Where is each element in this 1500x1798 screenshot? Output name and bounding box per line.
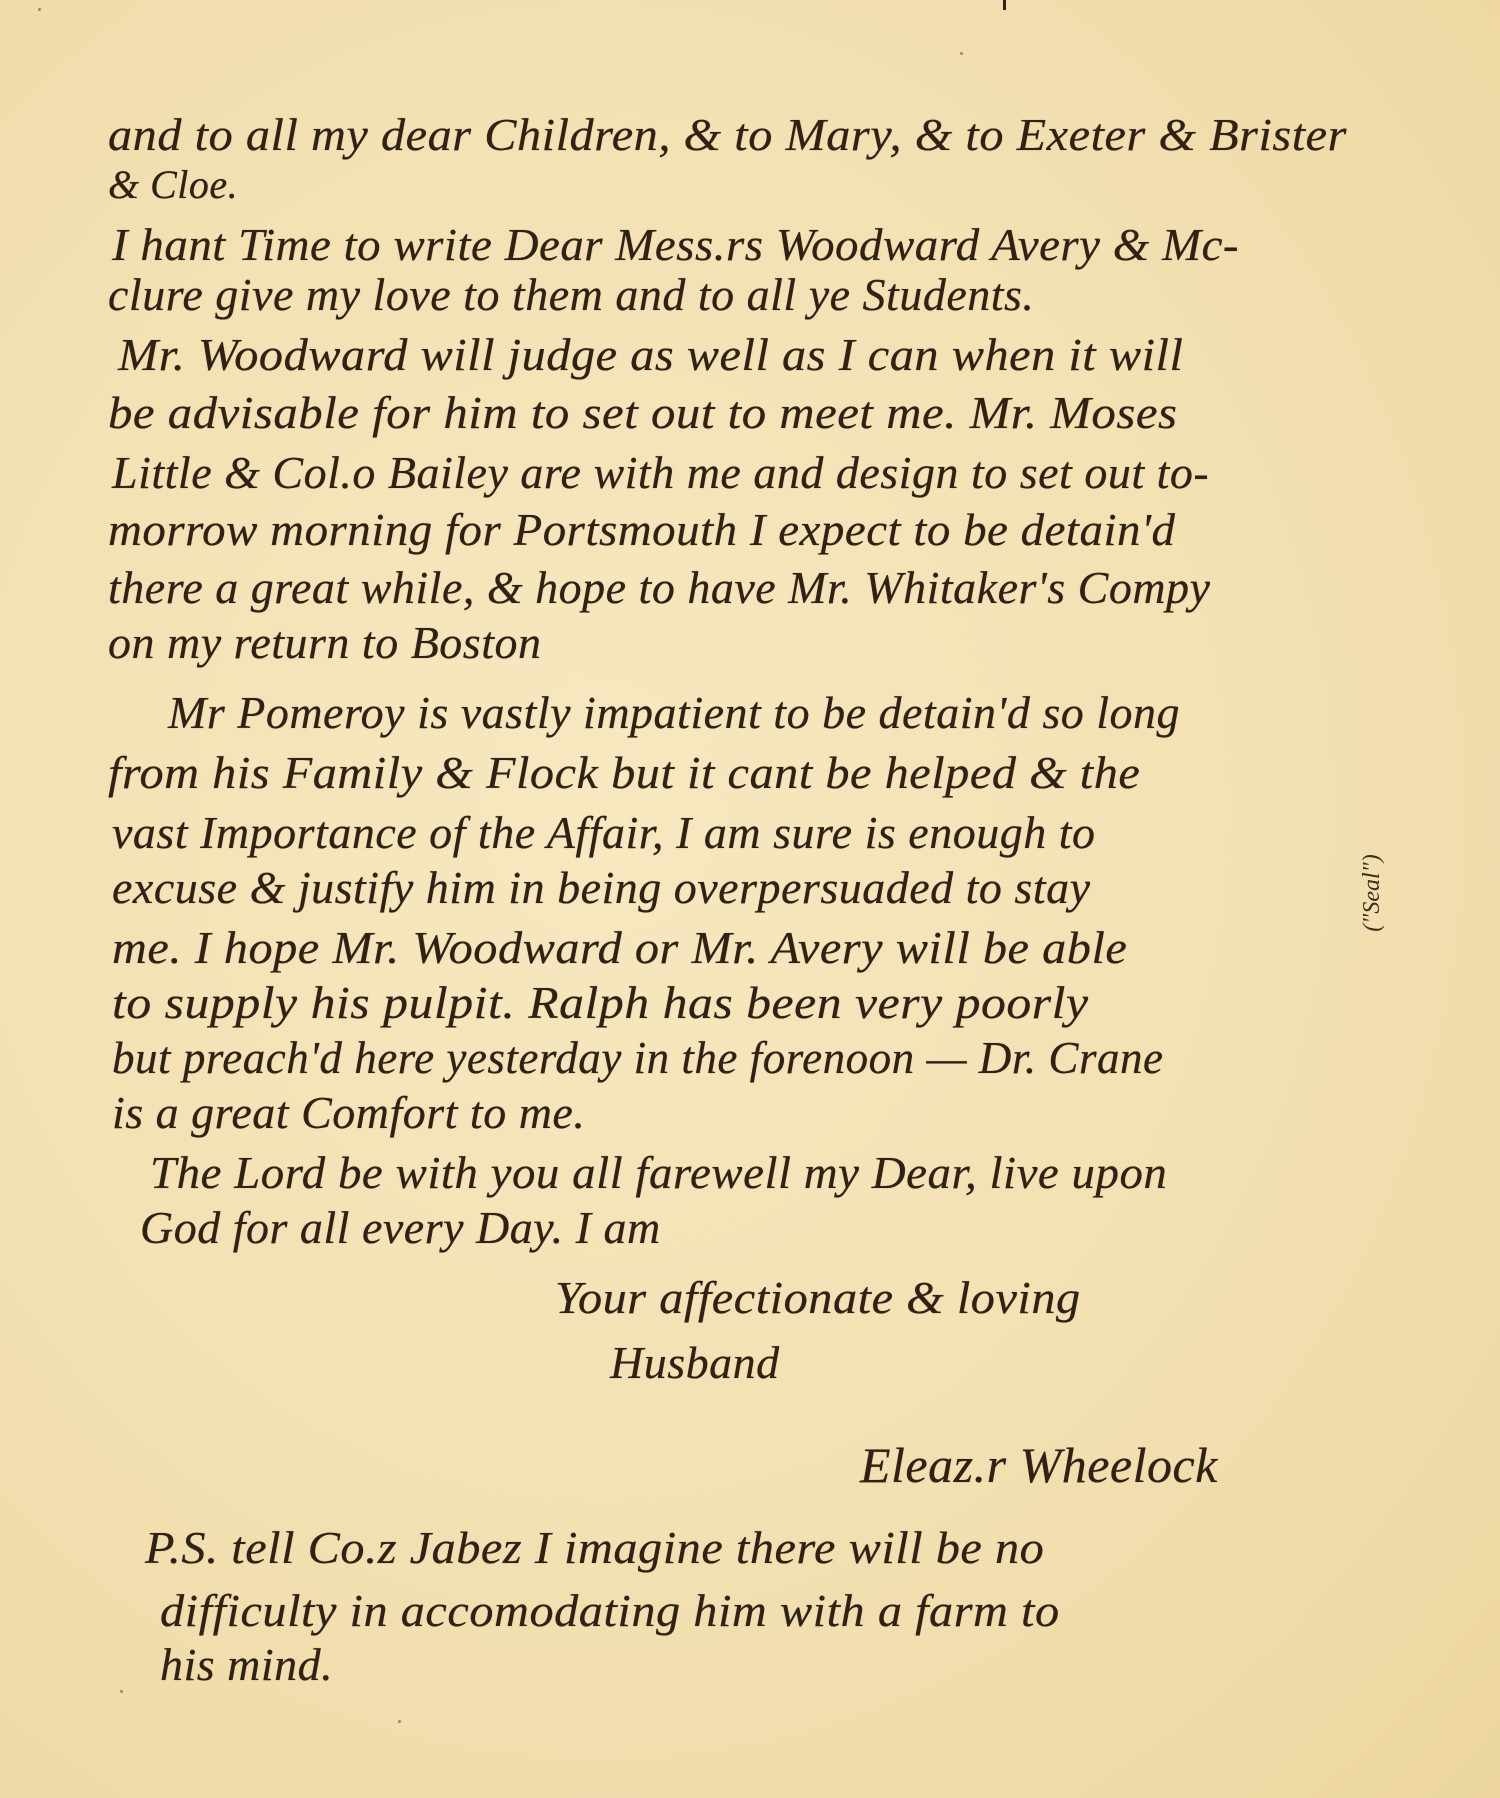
signature: Eleaz.r Wheelock (860, 1440, 1218, 1490)
letter-line: be advisable for him to set out to meet … (108, 390, 1178, 436)
letter-line: God for all every Day. I am (140, 1205, 661, 1251)
letter-line: to supply his pulpit. Ralph has been ver… (112, 980, 1089, 1026)
letter-line: on my return to Boston (108, 620, 542, 666)
letter-line: vast Importance of the Affair, I am sure… (112, 810, 1095, 856)
seal-margin-note: ("Seal") (1317, 863, 1427, 923)
letter-line: and to all my dear Children, & to Mary, … (108, 112, 1347, 158)
letter-line: & Cloe. (108, 165, 238, 205)
postscript-line: his mind. (160, 1642, 333, 1688)
letter-line: me. I hope Mr. Woodward or Mr. Avery wil… (112, 925, 1127, 971)
letter-line: from his Family & Flock but it cant be h… (108, 750, 1140, 796)
paper-speck (398, 1720, 401, 1723)
seal-label: ("Seal") (1359, 854, 1386, 931)
paper-speck (960, 52, 963, 55)
letter-line: clure give my love to them and to all ye… (108, 272, 1034, 318)
letter-line: morrow morning for Portsmouth I expect t… (108, 507, 1175, 553)
closing-husband: Husband (610, 1340, 780, 1386)
letter-line: I hant Time to write Dear Mess.rs Woodwa… (112, 222, 1239, 268)
page-edge-mark (1003, 0, 1006, 10)
paper-speck (120, 1690, 123, 1693)
letter-line: Mr Pomeroy is vastly impatient to be det… (168, 690, 1180, 736)
letter-page: and to all my dear Children, & to Mary, … (0, 0, 1500, 1798)
closing-salutation: Your affectionate & loving (555, 1275, 1081, 1321)
letter-line: excuse & justify him in being overpersua… (112, 865, 1091, 911)
letter-line: The Lord be with you all farewell my Dea… (150, 1150, 1167, 1196)
letter-line: Mr. Woodward will judge as well as I can… (118, 332, 1183, 378)
letter-line: there a great while, & hope to have Mr. … (108, 565, 1210, 611)
letter-line: is a great Comfort to me. (112, 1090, 585, 1136)
letter-line: Little & Col.o Bailey are with me and de… (112, 450, 1209, 496)
postscript-line: P.S. tell Co.z Jabez I imagine there wil… (145, 1525, 1044, 1571)
paper-speck (38, 8, 41, 11)
postscript-line: difficulty in accomodating him with a fa… (160, 1588, 1060, 1634)
letter-line: but preach'd here yesterday in the foren… (112, 1035, 1164, 1081)
